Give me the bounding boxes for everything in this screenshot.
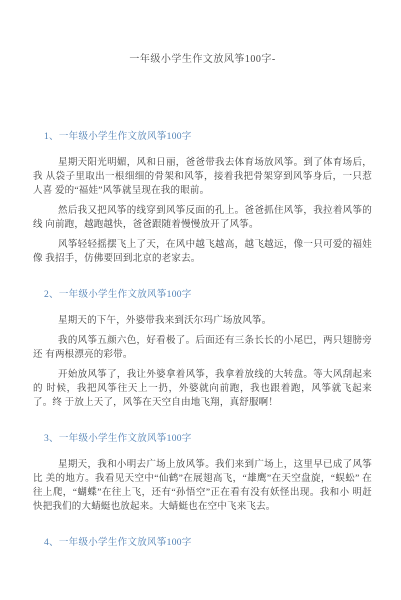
document-page: 一年级小学生作文放风筝100字- 1、一年级小学生作文放风筝100字 星期天阳光… — [0, 0, 401, 600]
paragraph: 星期天的下午，外婆带我来到沃尔玛广场放风筝。 — [33, 314, 372, 328]
paragraph: 风筝轻轻摇摆飞上了天，在风中越飞越高，越飞越远，像一只可爱的福娃像 我招手，仿佛… — [33, 238, 372, 266]
section-2: 2、一年级小学生作文放风筝100字 星期天的下午，外婆带我来到沃尔玛广场放风筝。… — [33, 288, 372, 410]
paragraph: 我的风筝五颜六色，好看极了。后面还有三条长长的小尾巴，两只翅膀旁还 有两根漂亮的… — [33, 334, 372, 362]
section-heading: 2、一年级小学生作文放风筝100字 — [44, 288, 372, 302]
section-heading: 1、一年级小学生作文放风筝100字 — [44, 130, 372, 144]
section-4: 4、一年级小学生作文放风筝100字 — [33, 536, 372, 550]
section-heading: 3、一年级小学生作文放风筝100字 — [44, 432, 372, 446]
paragraph: 然后我又把风筝的线穿到风筝反面的孔上。爸爸抓住风筝，我拉着风筝的线 向前跑，越跑… — [33, 204, 372, 232]
paragraph: 开始放风筝了，我让外婆拿着风筝，我拿着放线的大转盘。等大风刮起来的 时候，我把风… — [33, 368, 372, 410]
section-heading: 4、一年级小学生作文放风筝100字 — [44, 536, 372, 550]
section-3: 3、一年级小学生作文放风筝100字 星期天，我和小明去广场上放风筝。我们来到广场… — [33, 432, 372, 514]
section-1: 1、一年级小学生作文放风筝100字 星期天阳光明媚，风和日丽，爸爸带我去体育场放… — [33, 130, 372, 266]
paragraph: 星期天，我和小明去广场上放风筝。我们来到广场上，这里早已成了风筝比 美的地方。我… — [33, 458, 372, 514]
page-title: 一年级小学生作文放风筝100字- — [33, 52, 372, 67]
paragraph: 星期天阳光明媚，风和日丽，爸爸带我去体育场放风筝。到了体育场后，我 从袋子里取出… — [33, 156, 372, 198]
